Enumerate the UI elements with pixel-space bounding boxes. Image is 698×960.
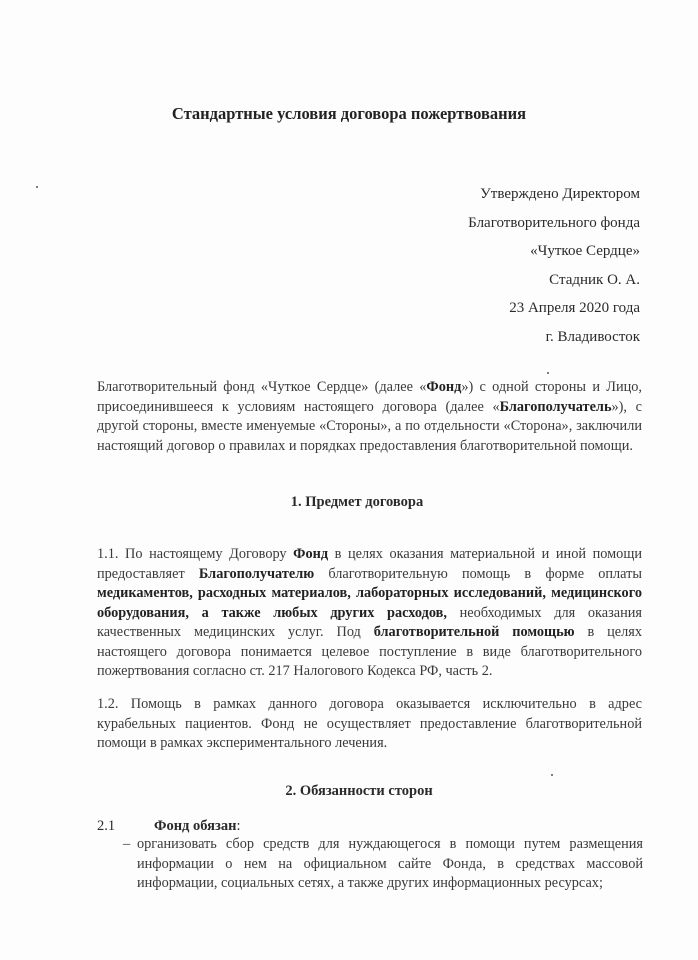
approval-line: Стадник О. А. [468, 266, 640, 295]
document-title: Стандартные условия договора пожертвован… [0, 104, 698, 124]
text: Благотворительный фонд «Чуткое Сердце» (… [97, 379, 426, 395]
clause-1-2: 1.2. Помощь в рамках данного договора ок… [97, 695, 642, 754]
bold-term: Благополучатель [500, 399, 612, 415]
clause-1-1: 1.1. По настоящему Договору Фонд в целях… [97, 545, 642, 682]
bold-term: Благополучателю [199, 566, 314, 582]
approval-line: Благотворительного фонда [468, 209, 640, 238]
clause-2-1: 2.1Фонд обязан: [97, 818, 240, 835]
scan-speck [36, 186, 38, 188]
scan-speck [547, 372, 549, 374]
clause-number: 2.1 [97, 818, 154, 835]
clause-label: Фонд обязан [154, 818, 236, 834]
approval-line: Утверждено Директором [468, 180, 640, 209]
approval-block: Утверждено Директором Благотворительного… [468, 180, 640, 351]
scan-speck [551, 774, 553, 776]
text: благотворительную помощь в форме оплаты [314, 566, 642, 582]
bold-term: Фонд [293, 546, 328, 562]
text: 1.1. По настоящему Договору [97, 546, 293, 562]
intro-paragraph: Благотворительный фонд «Чуткое Сердце» (… [97, 378, 642, 456]
section-1-heading: 1. Предмет договора [8, 494, 698, 511]
dash-bullet-icon: – [123, 835, 130, 855]
approval-line: «Чуткое Сердце» [468, 237, 640, 266]
obligation-text: организовать сбор средств для нуждающего… [137, 835, 643, 894]
section-2-heading: 2. Обязанности сторон [10, 783, 698, 800]
bold-term: Фонд [426, 379, 461, 395]
obligation-list-item: – организовать сбор средств для нуждающе… [123, 835, 643, 894]
bold-term: благотворительной помощью [374, 624, 575, 640]
approval-city: г. Владивосток [468, 323, 640, 352]
clause-colon: : [236, 818, 240, 834]
approval-date: 23 Апреля 2020 года [468, 294, 640, 323]
